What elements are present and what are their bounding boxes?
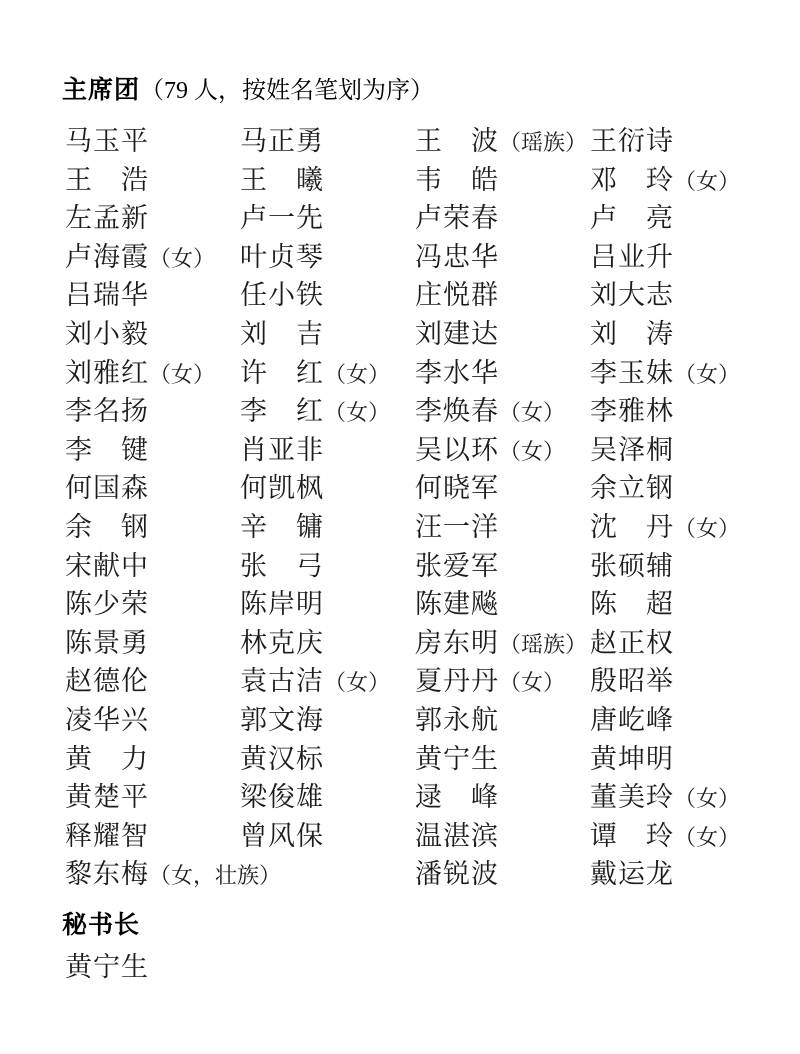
member-name: 房东明 bbox=[415, 628, 499, 658]
member-annotation: （女） bbox=[499, 670, 565, 695]
member-cell: 殷昭举 bbox=[590, 662, 765, 703]
secretary-heading: 秘书长 bbox=[62, 908, 800, 942]
member-cell: 何晓军 bbox=[415, 469, 590, 510]
member-cell: 郭文海 bbox=[240, 701, 415, 742]
member-cell: 黄坤明 bbox=[590, 740, 765, 781]
member-name: 王衍诗 bbox=[590, 126, 674, 156]
member-annotation: （女） bbox=[149, 362, 215, 387]
member-cell: 曾风保 bbox=[240, 817, 415, 858]
member-name: 吴以环 bbox=[415, 435, 499, 465]
member-name: 卢一先 bbox=[240, 203, 324, 233]
member-annotation: （女） bbox=[499, 400, 565, 425]
member-row: 陈少荣 陈岸明 陈建飚 陈 超 bbox=[65, 585, 800, 624]
member-name: 左孟新 bbox=[65, 203, 149, 233]
member-row: 凌华兴 郭文海 郭永航 唐屹峰 bbox=[65, 701, 800, 740]
member-name: 刘 吉 bbox=[240, 319, 324, 349]
member-name: 汪一洋 bbox=[415, 512, 499, 542]
member-cell: 李水华 bbox=[415, 354, 590, 395]
member-cell: 刘雅红（女） bbox=[65, 354, 240, 395]
member-name: 黎东梅 bbox=[65, 859, 149, 889]
member-name: 曾风保 bbox=[240, 821, 324, 851]
member-cell: 王衍诗 bbox=[590, 122, 765, 163]
member-cell: 王 浩 bbox=[65, 161, 240, 202]
member-name: 李 红 bbox=[240, 396, 324, 426]
member-annotation: （瑶族） bbox=[499, 130, 587, 155]
member-name: 叶贞琴 bbox=[240, 242, 324, 272]
member-name: 李焕春 bbox=[415, 396, 499, 426]
member-cell: 吕业升 bbox=[590, 238, 765, 279]
member-name: 黄楚平 bbox=[65, 782, 149, 812]
member-cell: 李 键 bbox=[65, 431, 240, 472]
member-name: 吕瑞华 bbox=[65, 280, 149, 310]
member-annotation: （女） bbox=[674, 825, 740, 850]
member-name: 黄坤明 bbox=[590, 744, 674, 774]
member-row: 王 浩 王 曦 韦 皓 邓 玲（女） bbox=[65, 161, 800, 200]
member-annotation: （女） bbox=[674, 786, 740, 811]
member-cell: 卢 亮 bbox=[590, 199, 765, 240]
member-name: 卢 亮 bbox=[590, 203, 674, 233]
member-row: 何国森 何凯枫 何晓军 余立钢 bbox=[65, 469, 800, 508]
section-title: 主席团（79 人，按姓名笔划为序） bbox=[0, 0, 800, 107]
member-row: 刘雅红（女） 许 红（女） 李水华 李玉妹（女） bbox=[65, 354, 800, 393]
member-name: 陈少荣 bbox=[65, 589, 149, 619]
member-cell: 刘大志 bbox=[590, 276, 765, 317]
member-cell: 马玉平 bbox=[65, 122, 240, 163]
member-name: 陈 超 bbox=[590, 589, 674, 619]
member-cell: 黄宁生 bbox=[415, 740, 590, 781]
member-name: 韦 皓 bbox=[415, 165, 499, 195]
member-name: 唐屹峰 bbox=[590, 705, 674, 735]
member-name: 刘 涛 bbox=[590, 319, 674, 349]
member-row: 李名扬 李 红（女） 李焕春（女） 李雅林 bbox=[65, 392, 800, 431]
member-cell: 何国森 bbox=[65, 469, 240, 510]
member-name: 潘锐波 bbox=[415, 859, 499, 889]
member-name: 王 浩 bbox=[65, 165, 149, 195]
member-cell: 汪一洋 bbox=[415, 508, 590, 549]
member-name: 温湛滨 bbox=[415, 821, 499, 851]
member-name: 黄汉标 bbox=[240, 744, 324, 774]
member-cell: 李雅林 bbox=[590, 392, 765, 433]
member-cell: 卢荣春 bbox=[415, 199, 590, 240]
member-cell: 叶贞琴 bbox=[240, 238, 415, 279]
member-cell: 董美玲（女） bbox=[590, 778, 765, 819]
member-cell: 陈景勇 bbox=[65, 624, 240, 665]
member-name: 李名扬 bbox=[65, 396, 149, 426]
member-cell: 李焕春（女） bbox=[415, 392, 590, 433]
member-cell: 凌华兴 bbox=[65, 701, 240, 742]
member-cell: 庄悦群 bbox=[415, 276, 590, 317]
member-cell bbox=[240, 855, 415, 896]
member-name: 邓 玲 bbox=[590, 165, 674, 195]
member-cell: 李玉妹（女） bbox=[590, 354, 765, 395]
member-cell: 潘锐波 bbox=[415, 855, 590, 896]
member-annotation: （女） bbox=[674, 516, 740, 541]
member-name: 余立钢 bbox=[590, 473, 674, 503]
member-row: 余 钢 辛 镛 汪一洋 沈 丹（女） bbox=[65, 508, 800, 547]
member-cell: 何凯枫 bbox=[240, 469, 415, 510]
member-row: 陈景勇 林克庆 房东明（瑶族） 赵正权 bbox=[65, 624, 800, 663]
member-cell: 张硕辅 bbox=[590, 547, 765, 588]
member-name: 李 键 bbox=[65, 435, 149, 465]
member-row: 吕瑞华 任小铁 庄悦群 刘大志 bbox=[65, 276, 800, 315]
member-annotation: （女） bbox=[324, 362, 390, 387]
member-row: 宋献中 张 弓 张爱军 张硕辅 bbox=[65, 547, 800, 586]
member-name: 张爱军 bbox=[415, 551, 499, 581]
member-annotation: （女） bbox=[324, 670, 390, 695]
member-cell: 辛 镛 bbox=[240, 508, 415, 549]
member-cell: 吴泽桐 bbox=[590, 431, 765, 472]
member-name: 释耀智 bbox=[65, 821, 149, 851]
member-row: 黄 力 黄汉标 黄宁生 黄坤明 bbox=[65, 740, 800, 779]
member-name: 逯 峰 bbox=[415, 782, 499, 812]
member-cell: 刘 涛 bbox=[590, 315, 765, 356]
member-annotation: （瑶族） bbox=[499, 632, 587, 657]
member-name: 何国森 bbox=[65, 473, 149, 503]
member-name: 陈建飚 bbox=[415, 589, 499, 619]
member-cell: 余立钢 bbox=[590, 469, 765, 510]
member-cell: 余 钢 bbox=[65, 508, 240, 549]
member-name: 张 弓 bbox=[240, 551, 324, 581]
section-title-note: （79 人，按姓名笔划为序） bbox=[140, 78, 434, 104]
member-annotation: （女） bbox=[674, 169, 740, 194]
member-name: 任小铁 bbox=[240, 280, 324, 310]
member-name: 林克庆 bbox=[240, 628, 324, 658]
member-cell: 宋献中 bbox=[65, 547, 240, 588]
member-name: 陈景勇 bbox=[65, 628, 149, 658]
member-cell: 卢一先 bbox=[240, 199, 415, 240]
member-name: 张硕辅 bbox=[590, 551, 674, 581]
member-cell: 李名扬 bbox=[65, 392, 240, 433]
member-name: 赵正权 bbox=[590, 628, 674, 658]
section-title-heading: 主席团 bbox=[62, 76, 140, 104]
member-name: 余 钢 bbox=[65, 512, 149, 542]
member-cell: 张 弓 bbox=[240, 547, 415, 588]
member-cell: 戴运龙 bbox=[590, 855, 765, 896]
member-cell: 刘小毅 bbox=[65, 315, 240, 356]
member-cell: 释耀智 bbox=[65, 817, 240, 858]
member-cell: 林克庆 bbox=[240, 624, 415, 665]
member-name: 何晓军 bbox=[415, 473, 499, 503]
member-cell: 马正勇 bbox=[240, 122, 415, 163]
member-cell: 王 曦 bbox=[240, 161, 415, 202]
member-name: 黄宁生 bbox=[415, 744, 499, 774]
member-row: 释耀智 曾风保 温湛滨 谭 玲（女） bbox=[65, 817, 800, 856]
member-row: 黎东梅（女，壮族） 潘锐波 戴运龙 bbox=[65, 855, 800, 894]
member-name: 何凯枫 bbox=[240, 473, 324, 503]
member-cell: 李 红（女） bbox=[240, 392, 415, 433]
member-name: 王 波 bbox=[415, 126, 499, 156]
member-cell: 谭 玲（女） bbox=[590, 817, 765, 858]
member-name: 李雅林 bbox=[590, 396, 674, 426]
member-cell: 夏丹丹（女） bbox=[415, 662, 590, 703]
member-annotation: （女） bbox=[674, 362, 740, 387]
member-name: 戴运龙 bbox=[590, 859, 674, 889]
member-cell: 冯忠华 bbox=[415, 238, 590, 279]
member-name: 吴泽桐 bbox=[590, 435, 674, 465]
member-list: 马玉平 马正勇 王 波（瑶族） 王衍诗 王 浩 王 曦 韦 皓 邓 玲（女） 左… bbox=[65, 122, 800, 894]
member-name: 殷昭举 bbox=[590, 666, 674, 696]
member-row: 黄楚平 梁俊雄 逯 峰 董美玲（女） bbox=[65, 778, 800, 817]
member-annotation: （女） bbox=[324, 400, 390, 425]
member-cell: 温湛滨 bbox=[415, 817, 590, 858]
member-name: 凌华兴 bbox=[65, 705, 149, 735]
member-name: 郭永航 bbox=[415, 705, 499, 735]
member-cell: 吴以环（女） bbox=[415, 431, 590, 472]
member-name: 卢荣春 bbox=[415, 203, 499, 233]
member-cell: 王 波（瑶族） bbox=[415, 122, 590, 163]
member-cell: 袁古洁（女） bbox=[240, 662, 415, 703]
member-name: 冯忠华 bbox=[415, 242, 499, 272]
member-name: 吕业升 bbox=[590, 242, 674, 272]
member-name: 黄 力 bbox=[65, 744, 149, 774]
member-name: 夏丹丹 bbox=[415, 666, 499, 696]
member-name: 马正勇 bbox=[240, 126, 324, 156]
member-cell: 黄楚平 bbox=[65, 778, 240, 819]
member-name: 刘建达 bbox=[415, 319, 499, 349]
member-cell: 陈岸明 bbox=[240, 585, 415, 626]
member-row: 刘小毅 刘 吉 刘建达 刘 涛 bbox=[65, 315, 800, 354]
member-cell: 卢海霞（女） bbox=[65, 238, 240, 279]
member-cell: 许 红（女） bbox=[240, 354, 415, 395]
member-annotation: （女） bbox=[149, 246, 215, 271]
member-cell: 唐屹峰 bbox=[590, 701, 765, 742]
member-name: 宋献中 bbox=[65, 551, 149, 581]
member-cell: 张爱军 bbox=[415, 547, 590, 588]
member-cell: 赵德伦 bbox=[65, 662, 240, 703]
member-annotation: （女） bbox=[499, 439, 565, 464]
member-cell: 房东明（瑶族） bbox=[415, 624, 590, 665]
member-name: 梁俊雄 bbox=[240, 782, 324, 812]
member-cell: 陈 超 bbox=[590, 585, 765, 626]
member-cell: 黄汉标 bbox=[240, 740, 415, 781]
member-row: 赵德伦 袁古洁（女） 夏丹丹（女） 殷昭举 bbox=[65, 662, 800, 701]
member-name: 沈 丹 bbox=[590, 512, 674, 542]
member-cell: 陈少荣 bbox=[65, 585, 240, 626]
member-cell: 韦 皓 bbox=[415, 161, 590, 202]
member-name: 董美玲 bbox=[590, 782, 674, 812]
member-name: 卢海霞 bbox=[65, 242, 149, 272]
member-row: 左孟新 卢一先 卢荣春 卢 亮 bbox=[65, 199, 800, 238]
member-name: 许 红 bbox=[240, 358, 324, 388]
member-name: 王 曦 bbox=[240, 165, 324, 195]
member-name: 马玉平 bbox=[65, 126, 149, 156]
member-name: 辛 镛 bbox=[240, 512, 324, 542]
secretary-name: 黄宁生 bbox=[65, 948, 800, 987]
member-cell: 赵正权 bbox=[590, 624, 765, 665]
member-name: 刘小毅 bbox=[65, 319, 149, 349]
member-cell: 黄 力 bbox=[65, 740, 240, 781]
member-name: 李玉妹 bbox=[590, 358, 674, 388]
member-row: 卢海霞（女） 叶贞琴 冯忠华 吕业升 bbox=[65, 238, 800, 277]
member-name: 谭 玲 bbox=[590, 821, 674, 851]
member-name: 郭文海 bbox=[240, 705, 324, 735]
member-name: 肖亚非 bbox=[240, 435, 324, 465]
member-cell: 刘建达 bbox=[415, 315, 590, 356]
member-name: 刘大志 bbox=[590, 280, 674, 310]
member-cell: 逯 峰 bbox=[415, 778, 590, 819]
member-row: 李 键 肖亚非 吴以环（女） 吴泽桐 bbox=[65, 431, 800, 470]
member-cell: 刘 吉 bbox=[240, 315, 415, 356]
member-cell: 黎东梅（女，壮族） bbox=[65, 855, 240, 896]
document-page: 主席团（79 人，按姓名笔划为序） 马玉平 马正勇 王 波（瑶族） 王衍诗 王 … bbox=[0, 0, 800, 1054]
member-name: 李水华 bbox=[415, 358, 499, 388]
member-name: 赵德伦 bbox=[65, 666, 149, 696]
member-cell: 陈建飚 bbox=[415, 585, 590, 626]
member-name: 袁古洁 bbox=[240, 666, 324, 696]
member-cell: 梁俊雄 bbox=[240, 778, 415, 819]
member-cell: 郭永航 bbox=[415, 701, 590, 742]
member-name: 刘雅红 bbox=[65, 358, 149, 388]
member-cell: 左孟新 bbox=[65, 199, 240, 240]
member-cell: 吕瑞华 bbox=[65, 276, 240, 317]
member-row: 马玉平 马正勇 王 波（瑶族） 王衍诗 bbox=[65, 122, 800, 161]
member-cell: 邓 玲（女） bbox=[590, 161, 765, 202]
member-name: 庄悦群 bbox=[415, 280, 499, 310]
member-cell: 沈 丹（女） bbox=[590, 508, 765, 549]
member-cell: 任小铁 bbox=[240, 276, 415, 317]
member-name: 陈岸明 bbox=[240, 589, 324, 619]
member-cell: 肖亚非 bbox=[240, 431, 415, 472]
